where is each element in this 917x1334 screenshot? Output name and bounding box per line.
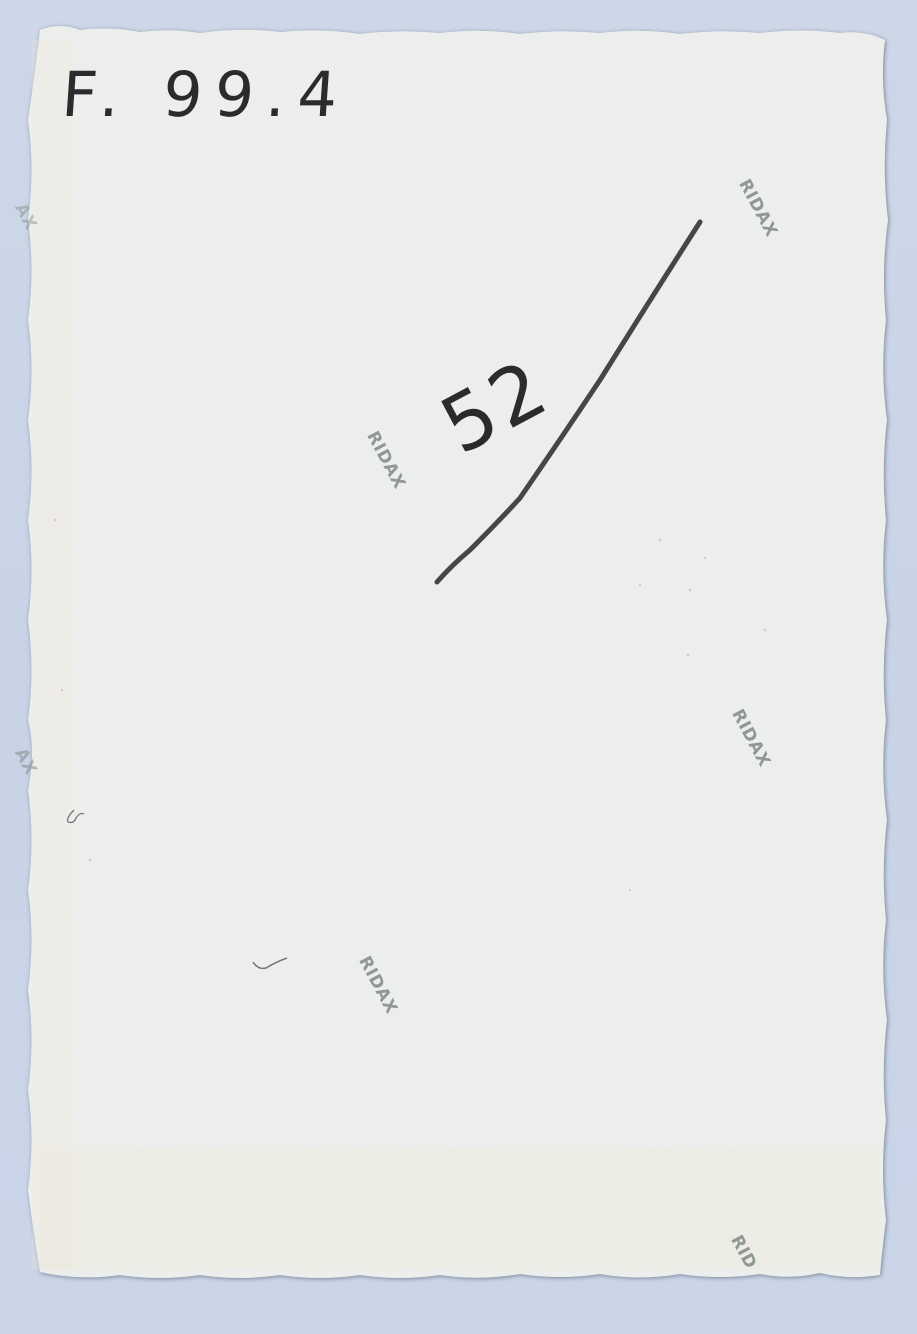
catalog-number: F. 99.4 [60, 64, 352, 126]
photo-back: F. 99.4 52 RIDAX RIDAX RIDAX RIDAX RID A… [0, 0, 917, 1334]
photo-paper-shape [0, 0, 917, 1334]
